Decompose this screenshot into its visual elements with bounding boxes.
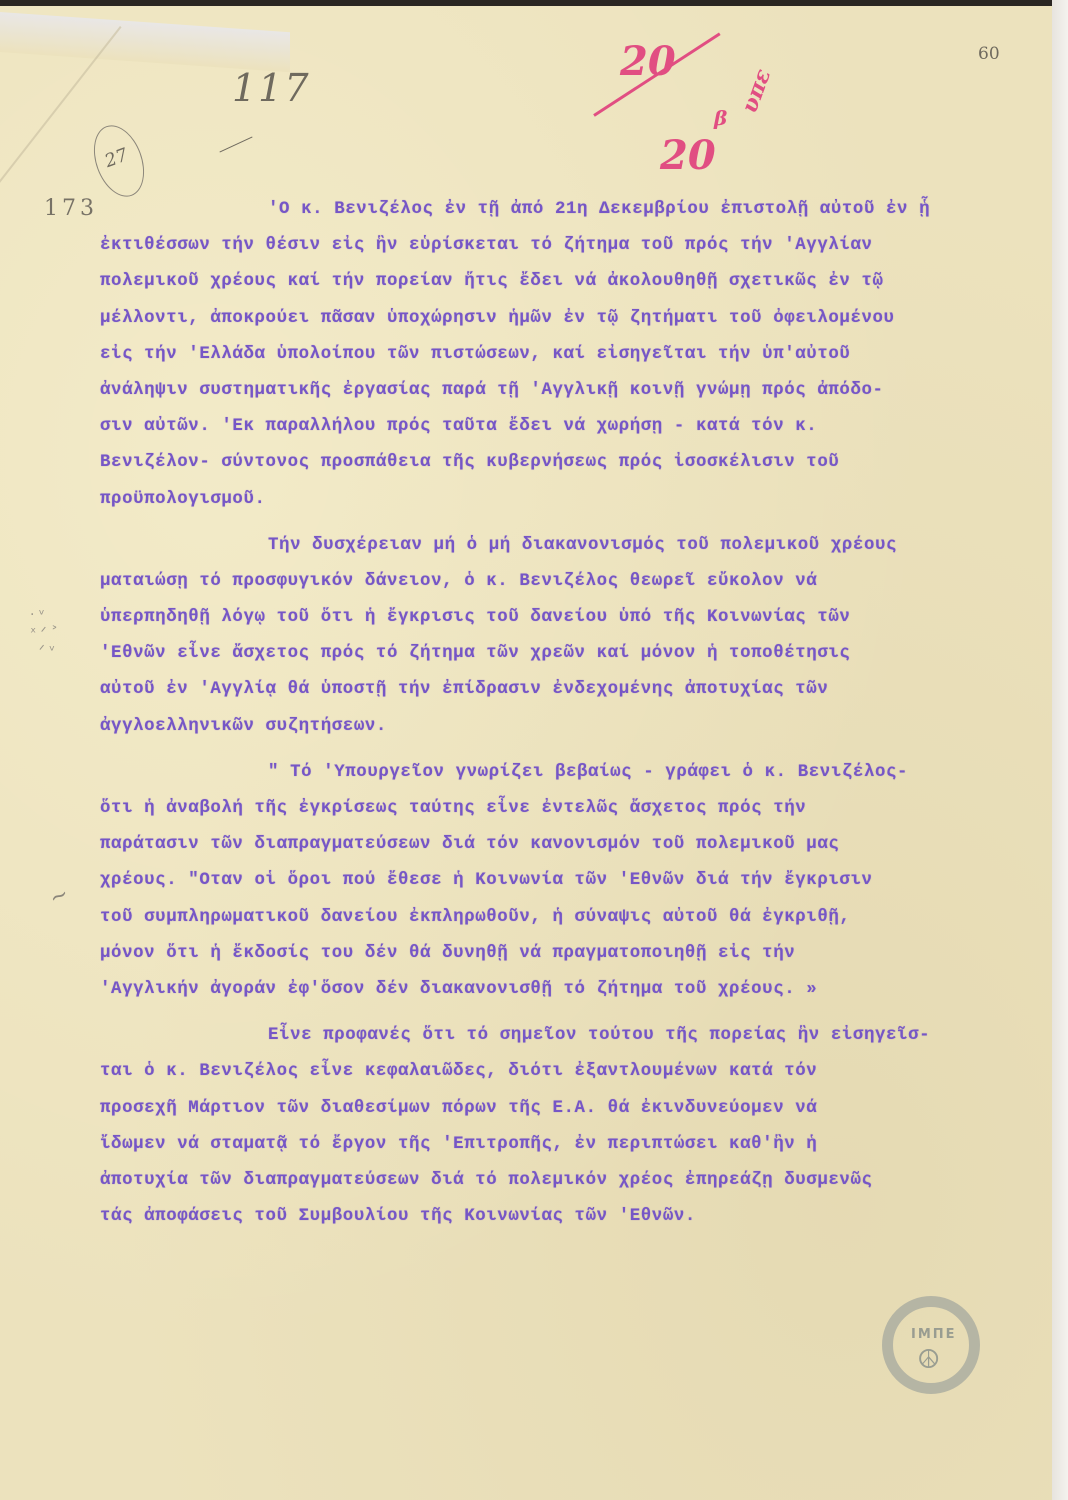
paragraph-1: 'Ο κ. Βενιζέλος ἐν τῇ ἀπό 21η Δεκεμβρίου… bbox=[100, 192, 1020, 518]
text-line: προϋπολογισμοῦ. bbox=[100, 482, 1020, 518]
document-page: 60 117 27 173 20 20 β υπε · ᵛˣ ᐟ ˃ ᐟ ᵛ ~… bbox=[0, 6, 1052, 1500]
ledger-number: 173 bbox=[44, 196, 98, 221]
paragraph-2: Τήν δυσχέρειαν μή ὁ μή διακανονισμός τοῦ… bbox=[100, 528, 1020, 745]
text-line: 'Αγγλικήν ἀγοράν ἐφ'ὅσον δέν διακανονισθ… bbox=[100, 972, 1020, 1008]
text-line: " Τό 'Υπουργεῖον γνωρίζει βεβαίως - γράφ… bbox=[100, 755, 1020, 791]
text-line: μέλλοντι, ἀποκρούει πᾶσαν ὑποχώρησιν ἡμῶ… bbox=[100, 301, 1020, 337]
page-number: 60 bbox=[978, 44, 1000, 64]
text-line: χρέους. "Οταν οἱ ὅροι πού ἔθεσε ἡ Κοινων… bbox=[100, 863, 1020, 899]
text-line: ἀποτυχία τῶν διαπραγματεύσεων διά τό πολ… bbox=[100, 1163, 1020, 1199]
text-line: τάς ἀποφάσεις τοῦ Συμβουλίου τῆς Κοινωνί… bbox=[100, 1199, 1020, 1235]
red-annotation-bottom: 20 bbox=[660, 132, 716, 179]
pencil-folio-number: 117 bbox=[232, 66, 311, 110]
red-annotation-signature: υπε bbox=[737, 66, 777, 117]
red-annotation-superscript: β bbox=[714, 106, 727, 130]
text-line: ται ὁ κ. Βενιζέλος εἶνε κεφαλαιῶδες, διό… bbox=[100, 1054, 1020, 1090]
text-line: ἀνάληψιν συστηματικῆς ἐργασίας παρά τῇ '… bbox=[100, 373, 1020, 409]
text-line: εἰς τήν 'Ελλάδα ὑπολοίπου τῶν πιστώσεων,… bbox=[100, 337, 1020, 373]
margin-pencil-flourish: ~ bbox=[46, 881, 73, 911]
text-line: μόνον ὅτι ἡ ἔκδοσίς του δέν θά δυνηθῇ νά… bbox=[100, 936, 1020, 972]
text-line: προσεχῆ Μάρτιον τῶν διαθεσίμων πόρων τῆς… bbox=[100, 1091, 1020, 1127]
paragraph-4: Εἶνε προφανές ὅτι τό σημεῖον τούτου τῆς … bbox=[100, 1018, 1020, 1235]
pencil-underline bbox=[219, 136, 252, 152]
circled-number: 27 bbox=[85, 118, 154, 203]
margin-pencil-marks: · ᵛˣ ᐟ ˃ ᐟ ᵛ bbox=[30, 606, 58, 660]
text-line: τοῦ συμπληρωματικοῦ δανείου ἐκπληρωθοῦν,… bbox=[100, 900, 1020, 936]
text-line: ἐκτιθέσσων τήν θέσιν εἰς ἣν εὑρίσκεται τ… bbox=[100, 228, 1020, 264]
text-line: παράτασιν τῶν διαπραγματεύσεων διά τόν κ… bbox=[100, 827, 1020, 863]
typed-letter-body: 'Ο κ. Βενιζέλος ἐν τῇ ἀπό 21η Δεκεμβρίου… bbox=[100, 192, 1020, 1235]
folded-corner bbox=[0, 12, 290, 72]
text-line: Εἶνε προφανές ὅτι τό σημεῖον τούτου τῆς … bbox=[100, 1018, 1020, 1054]
peace-symbol-icon: ☮ bbox=[917, 1345, 940, 1375]
archive-watermark-stamp: ΙΜΠΕ ☮ bbox=[882, 1296, 980, 1394]
text-line: ἀγγλοελληνικῶν συζητήσεων. bbox=[100, 709, 1020, 745]
paragraph-3-quotation: " Τό 'Υπουργεῖον γνωρίζει βεβαίως - γράφ… bbox=[100, 755, 1020, 1008]
text-line: πολεμικοῦ χρέους καί τήν πορείαν ἥτις ἔδ… bbox=[100, 264, 1020, 300]
stamp-label: ΙΜΠΕ bbox=[911, 1327, 957, 1342]
scan-right-edge bbox=[1052, 0, 1068, 1500]
text-line: 'Ο κ. Βενιζέλος ἐν τῇ ἀπό 21η Δεκεμβρίου… bbox=[100, 192, 1020, 228]
circled-number-text: 27 bbox=[102, 144, 131, 172]
text-line: ματαιώσῃ τό προσφυγικόν δάνειον, ὁ κ. Βε… bbox=[100, 564, 1020, 600]
text-line: ὑπερπηδηθῇ λόγῳ τοῦ ὅτι ἡ ἔγκρισις τοῦ δ… bbox=[100, 600, 1020, 636]
text-line: αὐτοῦ ἐν 'Αγγλίᾳ θά ὑποστῇ τήν ἐπίδρασιν… bbox=[100, 672, 1020, 708]
text-line: ἴδωμεν νά σταματᾷ τό ἔργον τῆς 'Επιτροπῆ… bbox=[100, 1127, 1020, 1163]
text-line: Τήν δυσχέρειαν μή ὁ μή διακανονισμός τοῦ… bbox=[100, 528, 1020, 564]
text-line: Βενιζέλον- σύντονος προσπάθεια τῆς κυβερ… bbox=[100, 445, 1020, 481]
text-line: σιν αὐτῶν. 'Εκ παραλλήλου πρός ταῦτα ἔδε… bbox=[100, 409, 1020, 445]
text-line: 'Εθνῶν εἶνε ἄσχετος πρός τό ζήτημα τῶν χ… bbox=[100, 636, 1020, 672]
text-line: ὅτι ἡ ἀναβολή τῆς ἐγκρίσεως ταύτης εἶνε … bbox=[100, 791, 1020, 827]
